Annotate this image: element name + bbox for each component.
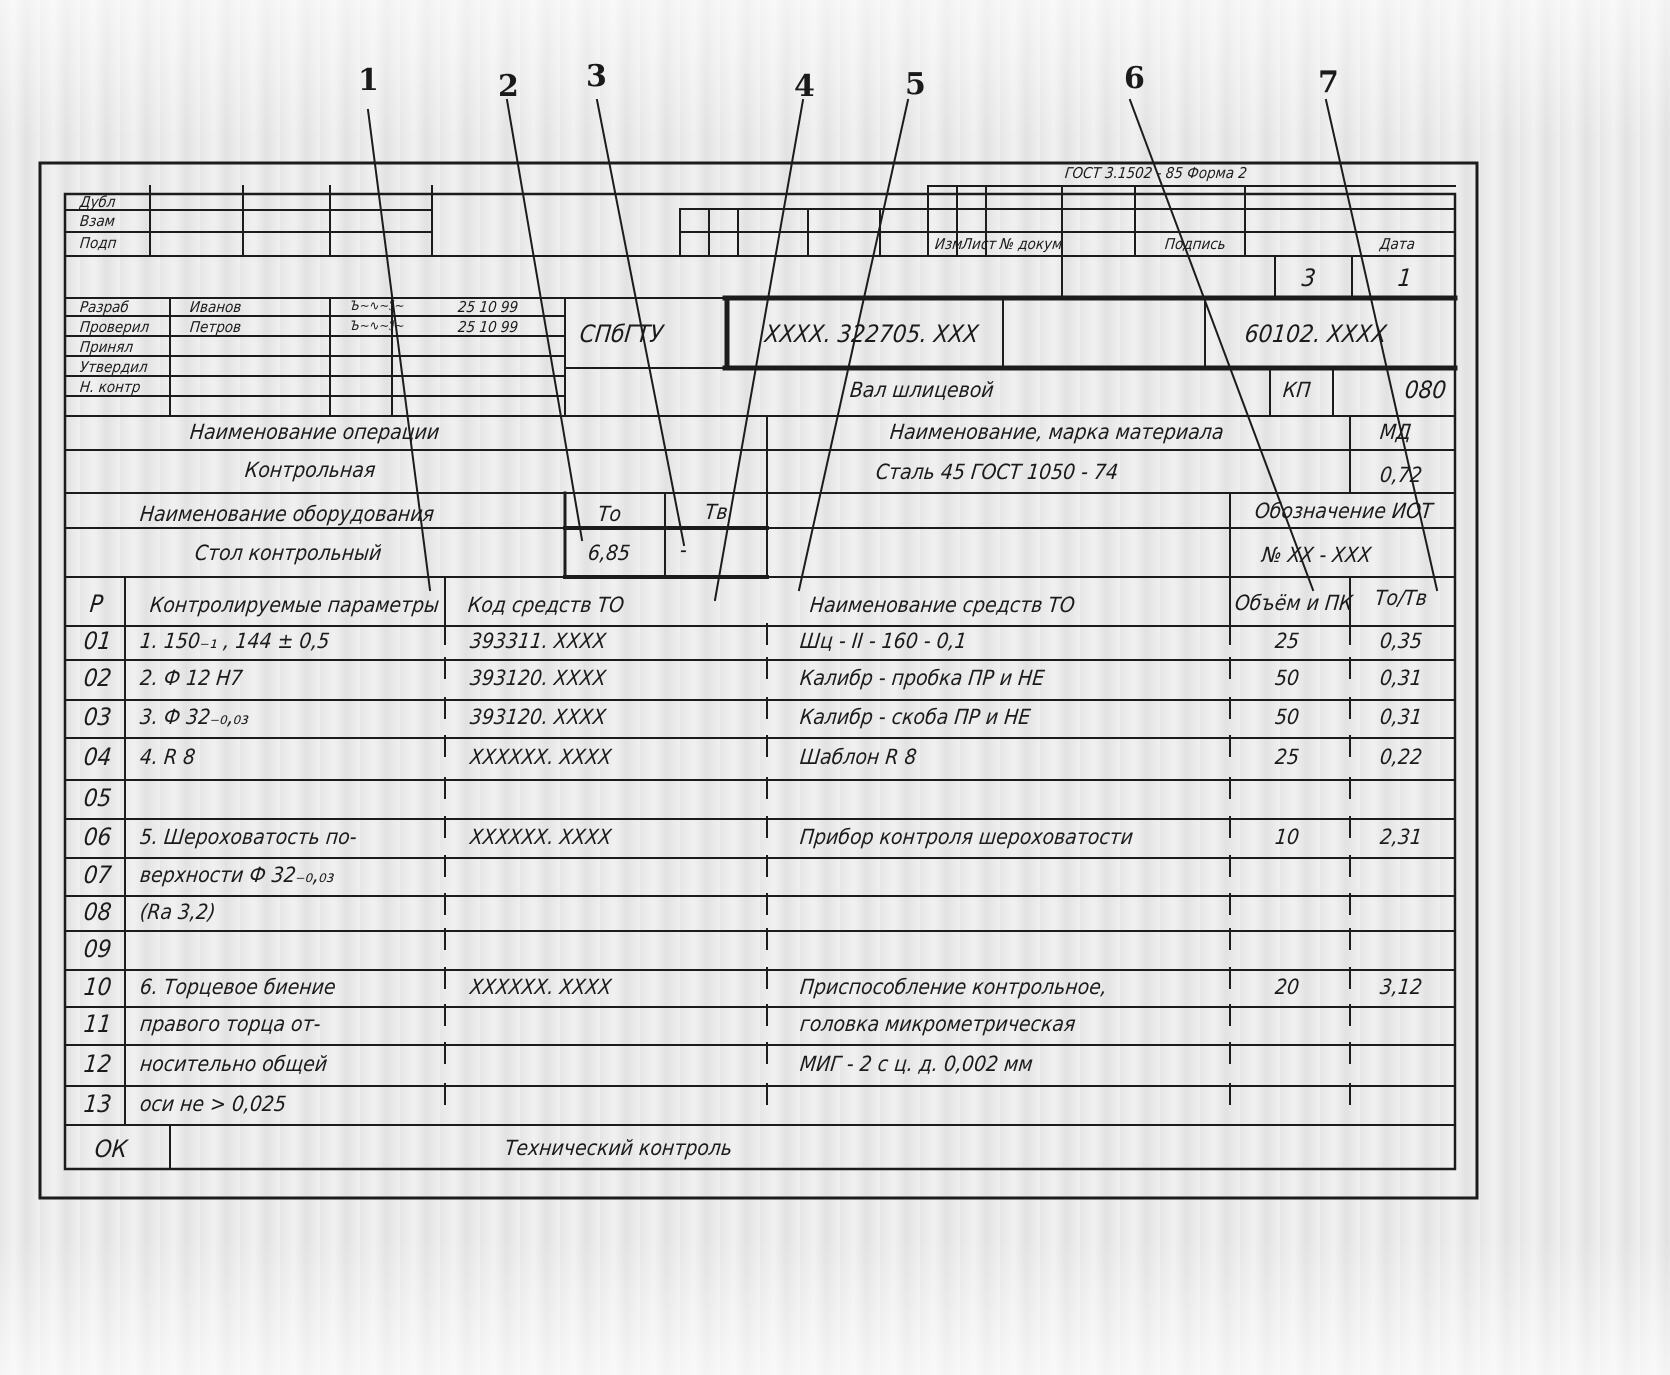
organization: СПбГТУ: [579, 322, 665, 346]
cell-tool: Шц - II - 160 - 0,1: [799, 631, 968, 652]
cell-volume: 20: [1274, 977, 1300, 998]
approval-date: 25 10 99: [457, 320, 519, 335]
rev-header-list: Лист: [961, 237, 997, 252]
operation-label: Наименование операции: [189, 422, 441, 443]
cell-param: носительно общей: [139, 1054, 328, 1075]
callout-6: 6: [1124, 64, 1145, 94]
cell-tool: головка микрометрическая: [799, 1014, 1077, 1035]
callout-1: 1: [358, 66, 379, 96]
header-volume: Объём и ПК: [1234, 593, 1354, 614]
cell-param: 4. R 8: [139, 747, 196, 768]
cell-code: 393311. ХХХХ: [469, 631, 607, 652]
approval-role: Н. контр: [79, 380, 141, 395]
approval-role: Разраб: [79, 300, 129, 315]
cell-param: 5. Шероховатость по-: [139, 827, 358, 848]
cell-time: 2,31: [1379, 827, 1423, 848]
cell-tool: МИГ - 2 с ц. д. 0,002 мм: [799, 1054, 1034, 1075]
callout-3: 3: [586, 62, 607, 92]
sheet-count: 3: [1301, 266, 1317, 290]
cell-tool: Шаблон R 8: [799, 747, 918, 768]
cell-volume: 10: [1274, 827, 1300, 848]
approval-name: Петров: [189, 320, 242, 335]
cell-p: 11: [83, 1012, 113, 1036]
cell-p: 08: [83, 900, 113, 924]
equipment-value: Стол контрольный: [194, 543, 383, 564]
cell-tool: Калибр - скоба ПР и НЕ: [799, 707, 1032, 728]
signature-scribble: Ъ~∿~ℐ~: [349, 300, 405, 313]
cell-p: 06: [83, 825, 113, 849]
approval-role: Принял: [79, 340, 134, 355]
to-value: 6,85: [587, 543, 631, 564]
header-p: Р: [89, 592, 105, 616]
footer-code: ОК: [94, 1137, 129, 1161]
cell-tool: Прибор контроля шероховатости: [799, 827, 1134, 848]
cell-code: ХХХХХХ. ХХХХ: [469, 977, 613, 998]
cell-tool: Приспособление контрольное,: [799, 977, 1108, 998]
to-label: То: [597, 504, 622, 525]
cell-code: 393120. ХХХХ: [469, 668, 607, 689]
cell-time: 0,35: [1379, 631, 1423, 652]
kp-label: КП: [1282, 380, 1312, 401]
cell-volume: 25: [1274, 747, 1300, 768]
tv-label: Тв: [704, 502, 729, 523]
cell-param: 2. Ф 12 Н7: [139, 668, 244, 689]
equipment-label: Наименование оборудования: [139, 504, 435, 525]
cell-p: 01: [83, 629, 113, 653]
cell-param: 6. Торцевое биение: [139, 977, 337, 998]
stamp-label-dubl: Дубл: [79, 195, 116, 210]
cell-volume: 50: [1274, 668, 1300, 689]
iot-label: Обозначение ИОТ: [1254, 501, 1434, 522]
cell-time: 0,31: [1379, 668, 1423, 689]
md-label: МД: [1379, 422, 1412, 443]
approval-role: Утвердил: [79, 360, 148, 375]
cell-volume: 50: [1274, 707, 1300, 728]
operation-value: Контрольная: [244, 460, 377, 481]
iot-value: № ХХ - ХХХ: [1261, 545, 1372, 566]
cell-param: правого торца от-: [139, 1014, 322, 1035]
cell-time: 0,31: [1379, 707, 1423, 728]
signature-scribble: Ъ~∿~ℐ~: [349, 320, 405, 333]
cell-p: 03: [83, 705, 113, 729]
cell-p: 02: [83, 666, 113, 690]
callout-7: 7: [1318, 68, 1339, 98]
cell-p: 07: [83, 863, 113, 887]
cell-p: 13: [83, 1092, 113, 1116]
cell-param: 3. Ф 32₋₀,₀₃: [139, 707, 250, 728]
cell-code: ХХХХХХ. ХХХХ: [469, 747, 613, 768]
cell-p: 12: [83, 1052, 113, 1076]
document-code: ХХХХ. 322705. ХХХ: [764, 322, 980, 346]
md-value: 0,72: [1379, 465, 1423, 486]
cell-time: 3,12: [1379, 977, 1423, 998]
cell-param: оси не > 0,025: [139, 1094, 287, 1115]
sheet-number: 1: [1397, 266, 1413, 290]
cell-param: верхности Ф 32₋₀,₀₃: [139, 865, 336, 886]
rev-header-date: Дата: [1379, 237, 1416, 252]
part-name: Вал шлицевой: [849, 380, 995, 401]
cell-volume: 25: [1274, 631, 1300, 652]
approval-role: Проверил: [79, 320, 150, 335]
callout-2: 2: [498, 72, 519, 102]
cell-code: ХХХХХХ. ХХХХ: [469, 827, 613, 848]
form-standard: ГОСТ 3.1502 - 85 Форма 2: [1064, 166, 1248, 181]
cell-code: 393120. ХХХХ: [469, 707, 607, 728]
rev-header-doc-no: № докум: [999, 237, 1063, 252]
cell-p: 05: [83, 786, 113, 810]
header-code: Код средств ТО: [467, 595, 625, 616]
material-value: Сталь 45 ГОСТ 1050 - 74: [875, 462, 1119, 483]
footer-text: Технический контроль: [504, 1138, 733, 1159]
cell-time: 0,22: [1379, 747, 1423, 768]
header-params: Контролируемые параметры: [149, 595, 440, 616]
cell-param: 1. 150₋₁ , 144 ± 0,5: [139, 631, 331, 652]
approval-name: Иванов: [189, 300, 242, 315]
stamp-label-podp: Подп: [79, 236, 117, 251]
header-tool: Наименование средств ТО: [809, 595, 1076, 616]
rev-header-signature: Подпись: [1164, 237, 1226, 252]
cell-p: 04: [83, 745, 113, 769]
callout-4: 4: [794, 72, 815, 102]
stamp-label-vzam: Взам: [79, 214, 115, 229]
part-code: 60102. ХХХХ: [1244, 322, 1388, 346]
material-label: Наименование, марка материала: [889, 422, 1225, 443]
cell-p: 10: [83, 975, 113, 999]
rev-header-izm: Изм: [934, 237, 963, 252]
kp-value: 080: [1404, 378, 1448, 402]
cell-p: 09: [83, 937, 113, 961]
approval-date: 25 10 99: [457, 300, 519, 315]
cell-tool: Калибр - пробка ПР и НЕ: [799, 668, 1046, 689]
callout-5: 5: [905, 70, 926, 100]
cell-param: (Ra 3,2): [139, 902, 217, 923]
header-time: То/Тв: [1374, 588, 1428, 609]
